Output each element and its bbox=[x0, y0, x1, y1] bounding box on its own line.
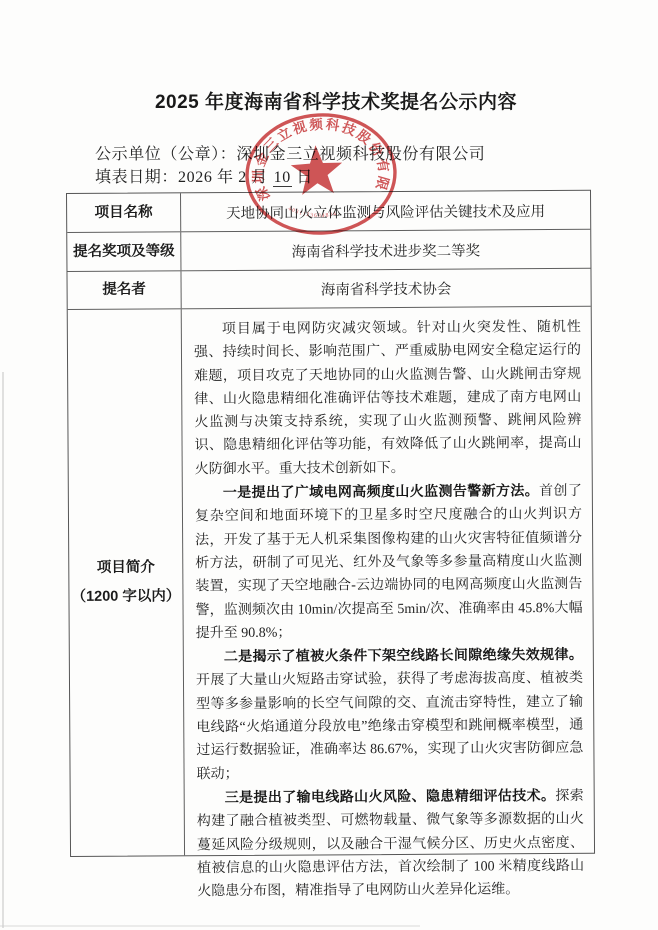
table-row-award-grade: 提名奖项及等级 海南省科学技术进步奖二等奖 bbox=[67, 230, 590, 272]
paragraph-2-lead: 一是提出了广域电网高频度山火监测告警新方法。 bbox=[223, 482, 539, 500]
project-name-label: 项目名称 bbox=[67, 193, 181, 232]
nominator-value: 海南省科学技术协会 bbox=[181, 269, 590, 308]
nomination-form-table: 项目名称 天地协同山火立体监测与风险评估关键技术及应用 提名奖项及等级 海南省科… bbox=[66, 190, 595, 857]
project-name-value: 天地协同山火立体监测与风险评估关键技术及应用 bbox=[181, 191, 590, 231]
project-summary-label: 项目简介 （1200 字以内） bbox=[68, 309, 185, 856]
summary-paragraph-3: 二是揭示了植被火条件下架空线路长间隙绝缘失效规律。开展了大量山火短路击穿试验，获… bbox=[196, 643, 584, 786]
paragraph-1-body: 项目属于电网防灾减灾领域。针对山火突发性、随机性强、持续时间长、影响范围广、严重… bbox=[194, 320, 582, 477]
fill-date-label: 填表日期： bbox=[95, 169, 178, 186]
paragraph-2-body: 首创了复杂空间和地面环境下的卫星多时空尺度融合的山火判识方法，开发了基于无人机采… bbox=[195, 484, 583, 641]
publicity-unit-value: 深圳金三立视频科技股份有限公司 bbox=[236, 146, 485, 163]
page-title: 2025 年度海南省科学技术奖提名公示内容 bbox=[0, 87, 658, 114]
award-grade-label: 提名奖项及等级 bbox=[67, 232, 181, 271]
project-summary-text: 项目属于电网防灾减灾领域。针对山火突发性、随机性强、持续时间长、影响范围广、严重… bbox=[182, 307, 594, 855]
summary-paragraph-2: 一是提出了广域电网高频度山火监测告警新方法。首创了复杂空间和地面环境下的卫星多时… bbox=[195, 479, 583, 645]
table-row-nominator: 提名者 海南省科学技术协会 bbox=[67, 269, 590, 310]
summary-paragraph-1: 项目属于电网防灾减灾领域。针对山火突发性、随机性强、持续时间长、影响范围广、严重… bbox=[194, 315, 582, 481]
scan-artifact-bottom-edge bbox=[0, 925, 420, 927]
paragraph-4-lead: 三是提出了输电线路山火风险、隐患精细评估技术。 bbox=[225, 787, 556, 805]
publicity-unit-label: 公示单位（公章）： bbox=[95, 146, 236, 163]
nominator-label: 提名者 bbox=[67, 271, 181, 309]
paragraph-4-body: 探索构建了融合植被类型、可燃物载量、微气象等多源数据的山火蔓延风险分级规则，以及… bbox=[197, 789, 584, 900]
document-page: 2025 年度海南省科学技术奖提名公示内容 公示单位（公章）：深圳金三立视频科技… bbox=[0, 0, 658, 930]
paragraph-3-lead: 二是揭示了植被火条件下架空线路长间隙绝缘失效规律。 bbox=[224, 646, 583, 664]
publicity-unit-line: 公示单位（公章）：深圳金三立视频科技股份有限公司 bbox=[95, 143, 485, 166]
scan-artifact-left-edge bbox=[2, 372, 4, 928]
summary-paragraph-4: 三是提出了输电线路山火风险、隐患精细评估技术。探索构建了融合植被类型、可燃物载量… bbox=[197, 784, 585, 904]
paragraph-3-body: 开展了大量山火短路击穿试验，获得了考虑海拔高度、植被类型等多参量影响的长空气间隙… bbox=[196, 671, 584, 782]
award-grade-value: 海南省科学技术进步奖二等奖 bbox=[181, 230, 590, 270]
document-meta: 公示单位（公章）：深圳金三立视频科技股份有限公司 填表日期：2026 年 2 月… bbox=[95, 143, 485, 189]
fill-date-suffix: 日 bbox=[292, 169, 313, 186]
project-summary-label-line1: 项目简介 bbox=[97, 553, 155, 582]
table-row-project-name: 项目名称 天地协同山火立体监测与风险评估关键技术及应用 bbox=[67, 191, 590, 233]
fill-date-line: 填表日期：2026 年 2 月 10 日 bbox=[95, 166, 485, 189]
fill-date-day: 10 bbox=[273, 169, 292, 187]
project-summary-label-line2: （1200 字以内） bbox=[71, 582, 180, 612]
fill-date-prefix: 2026 年 2 月 bbox=[178, 169, 273, 186]
table-row-project-summary: 项目简介 （1200 字以内） 项目属于电网防灾减灾领域。针对山火突发性、随机性… bbox=[68, 307, 594, 856]
